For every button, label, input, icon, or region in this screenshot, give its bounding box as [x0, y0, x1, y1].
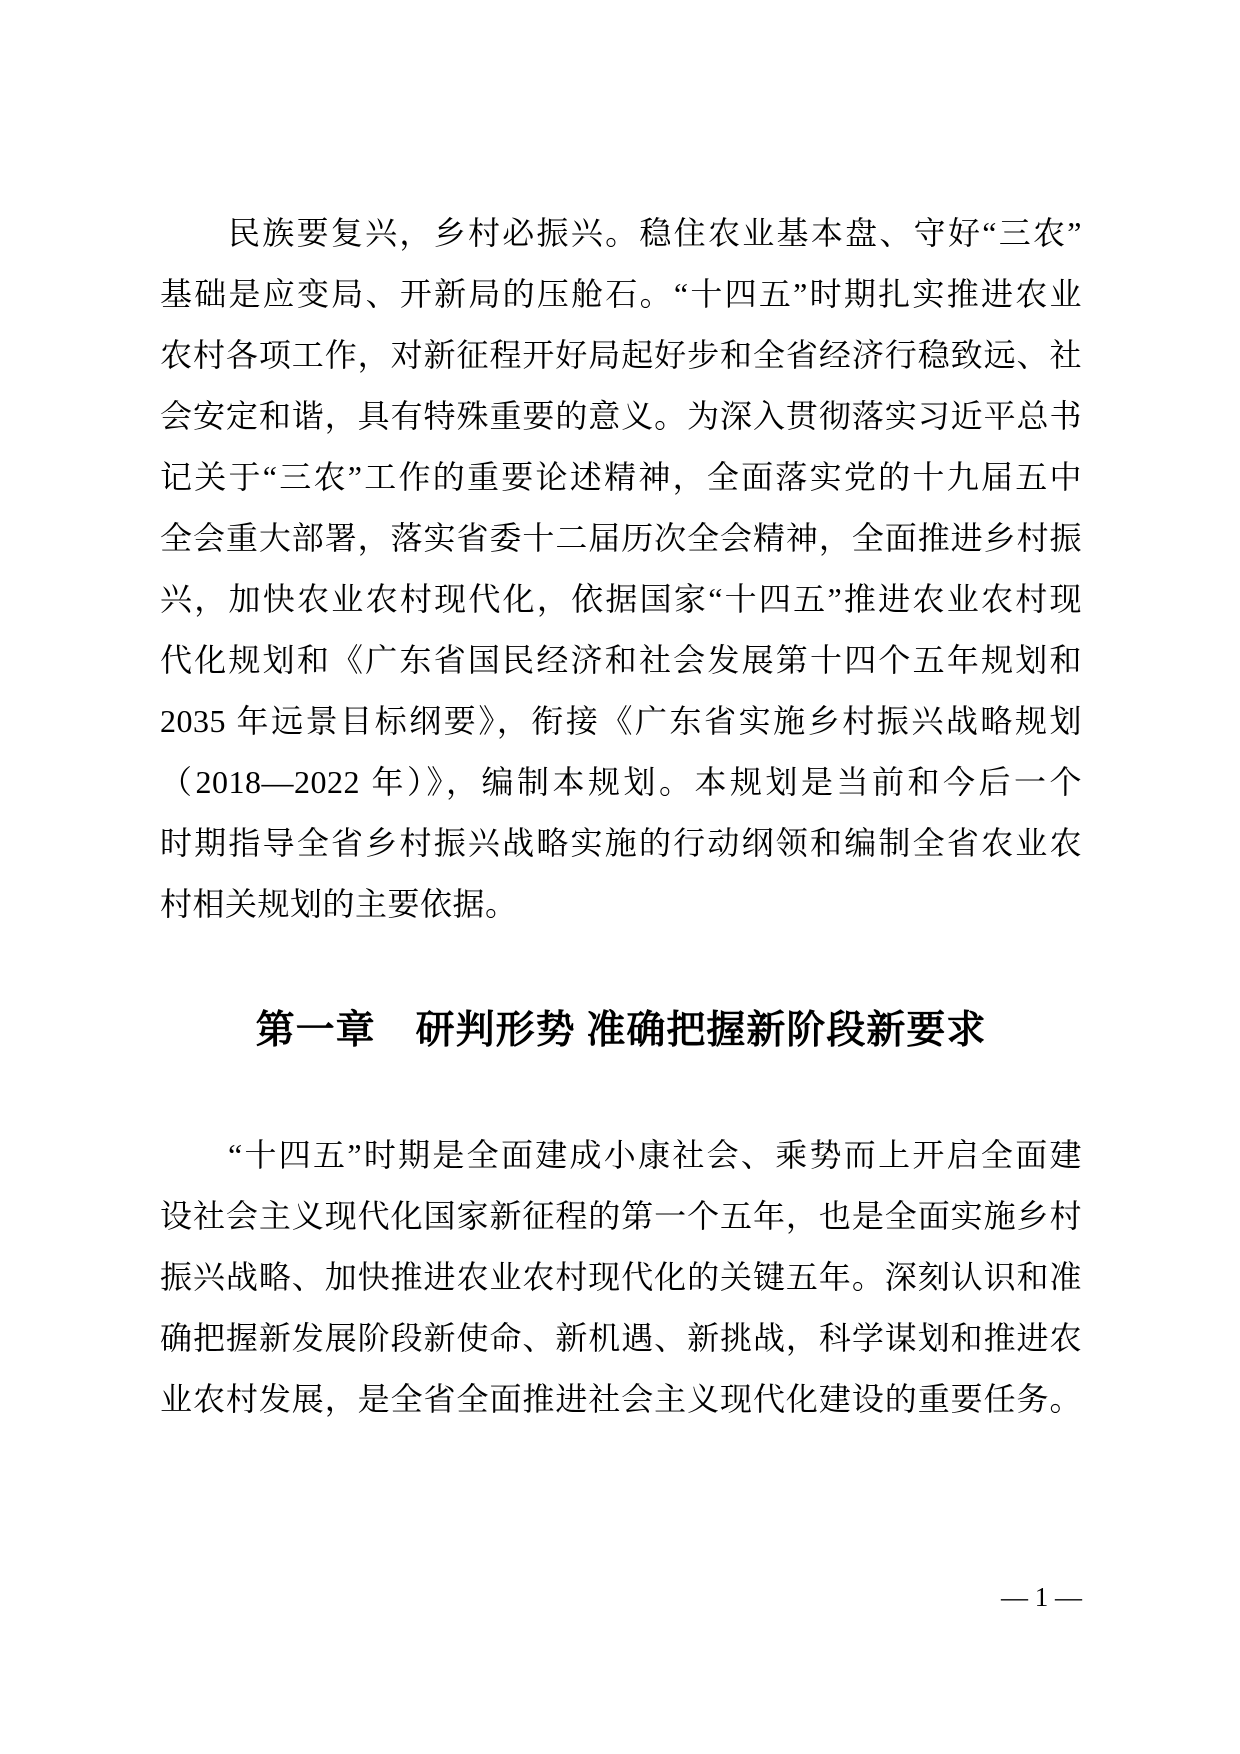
- paragraph-line: 振兴战略、加快推进农业农村现代化的关键五年。深刻认识和准: [160, 1247, 1082, 1308]
- paragraph-line: 村相关规划的主要依据。: [160, 874, 1082, 935]
- paragraph-line: 基础是应变局、开新局的压舱石。“十四五”时期扎实推进农业: [160, 264, 1082, 325]
- paragraph-line: 记关于“三农”工作的重要论述精神，全面落实党的十九届五中: [160, 447, 1082, 508]
- chapter-heading: 第一章 研判形势 准确把握新阶段新要求: [160, 1000, 1082, 1061]
- paragraph-line: 确把握新发展阶段新使命、新机遇、新挑战，科学谋划和推进农: [160, 1308, 1082, 1369]
- paragraph-line: 代化规划和《广东省国民经济和社会发展第十四个五年规划和: [160, 630, 1082, 691]
- paragraph-line: 2035 年远景目标纲要》，衔接《广东省实施乡村振兴战略规划: [160, 691, 1082, 752]
- page-number: — 1 —: [1001, 1582, 1082, 1612]
- paragraph-line: 设社会主义现代化国家新征程的第一个五年，也是全面实施乡村: [160, 1186, 1082, 1247]
- intro-paragraph: 民族要复兴，乡村必振兴。稳住农业基本盘、守好“三农” 基础是应变局、开新局的压舱…: [160, 203, 1082, 935]
- paragraph-line: 时期指导全省乡村振兴战略实施的行动纲领和编制全省农业农: [160, 813, 1082, 874]
- section-paragraph: “十四五”时期是全面建成小康社会、乘势而上开启全面建 设社会主义现代化国家新征程…: [160, 1125, 1082, 1430]
- paragraph-line: （2018—2022 年）》，编制本规划。本规划是当前和今后一个: [160, 752, 1082, 813]
- paragraph-line: 民族要复兴，乡村必振兴。稳住农业基本盘、守好“三农”: [160, 203, 1082, 264]
- paragraph-line: “十四五”时期是全面建成小康社会、乘势而上开启全面建: [160, 1125, 1082, 1186]
- document-page: 民族要复兴，乡村必振兴。稳住农业基本盘、守好“三农” 基础是应变局、开新局的压舱…: [0, 0, 1240, 1754]
- paragraph-line: 兴，加快农业农村现代化，依据国家“十四五”推进农业农村现: [160, 569, 1082, 630]
- paragraph-line: 全会重大部署，落实省委十二届历次全会精神，全面推进乡村振: [160, 508, 1082, 569]
- paragraph-line: 会安定和谐，具有特殊重要的意义。为深入贯彻落实习近平总书: [160, 386, 1082, 447]
- paragraph-line: 农村各项工作，对新征程开好局起好步和全省经济行稳致远、社: [160, 325, 1082, 386]
- paragraph-line: 业农村发展，是全省全面推进社会主义现代化建设的重要任务。: [160, 1369, 1082, 1430]
